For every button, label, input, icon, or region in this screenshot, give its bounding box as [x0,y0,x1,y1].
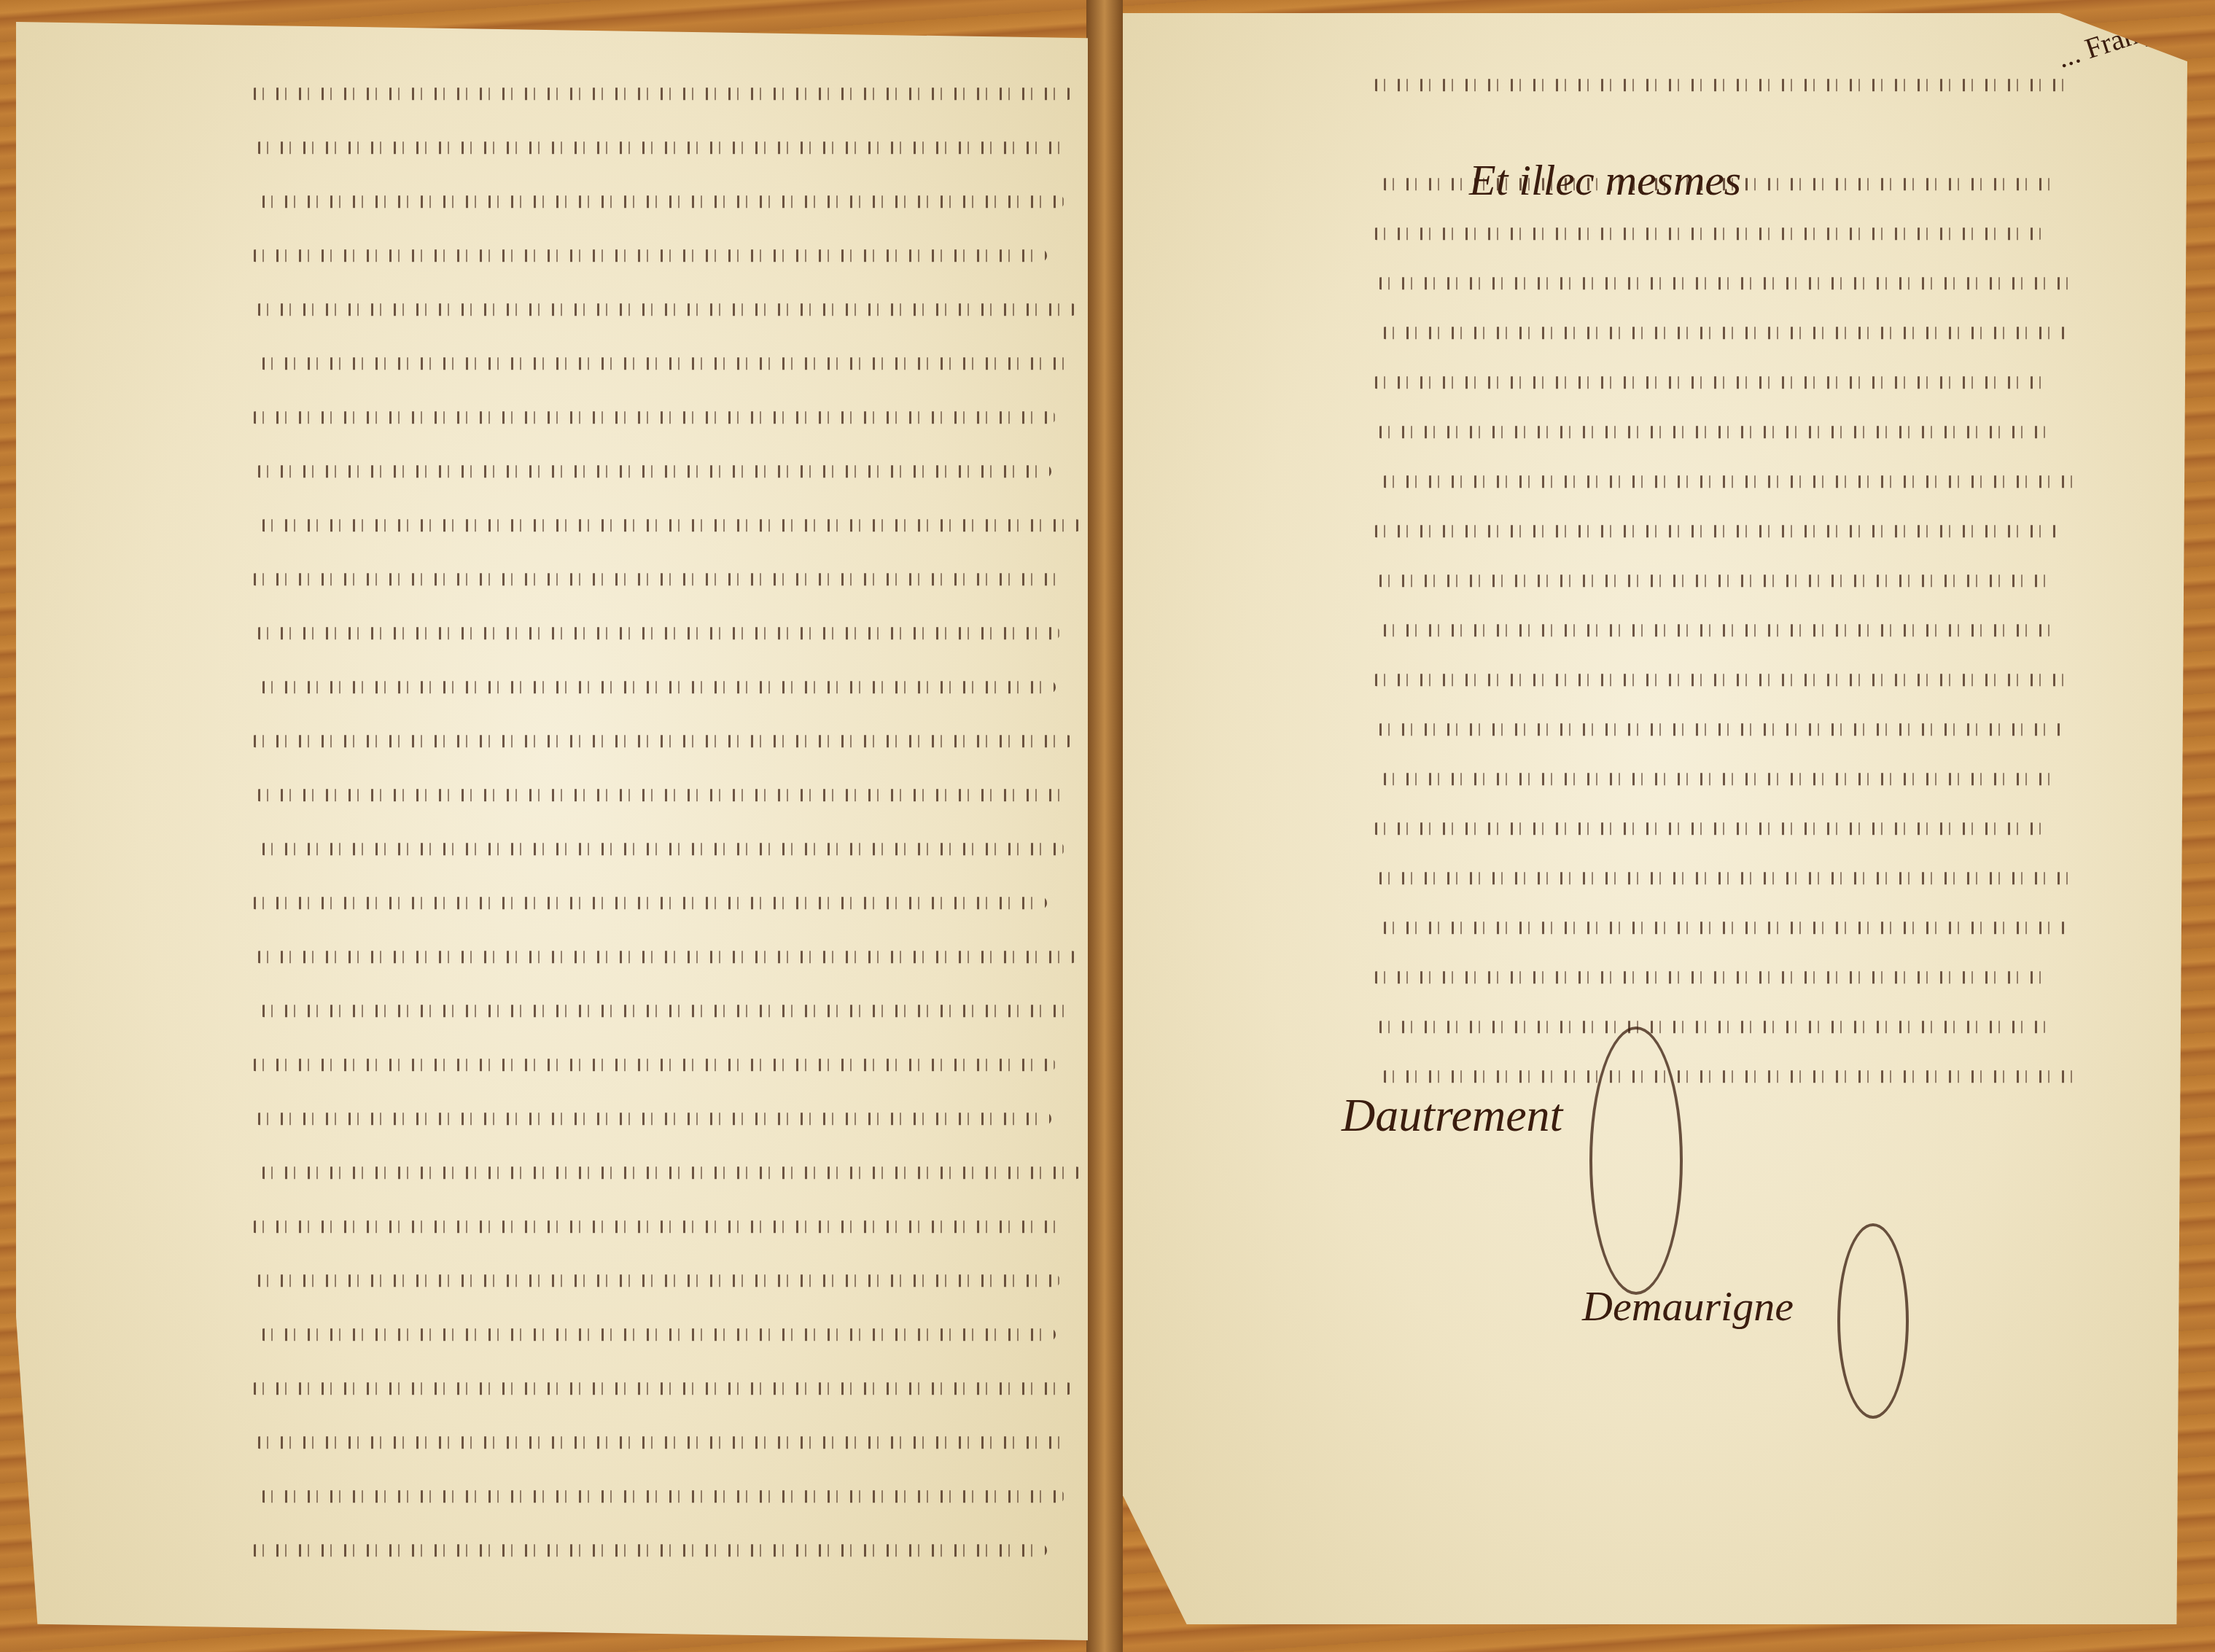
handwritten-line [1371,666,2071,691]
handwritten-line [1379,617,2053,642]
handwritten-line [1379,319,2071,344]
handwritten-line [1375,1013,2049,1038]
torn-corner-note: ... Franç... [2053,6,2176,74]
handwritten-line [1375,270,2075,295]
handwritten-line [249,566,1064,591]
signature-demaurigne: Demaurigne [1582,1282,1794,1330]
handwritten-line [254,943,1078,968]
handwritten-line [258,1159,1082,1184]
handwritten-line [258,835,1064,860]
handwritten-line [254,1429,1069,1454]
handwritten-line [249,1213,1064,1238]
handwritten-line [258,188,1064,213]
handwritten-line [1371,369,2053,394]
handwritten-line [1375,567,2058,592]
handwritten-line [249,404,1056,429]
handwritten-line [1375,716,2066,741]
handwritten-line [258,1483,1064,1508]
signature-dautrement: Dautrement [1342,1088,1562,1142]
handwritten-line [1371,518,2062,542]
handwritten-line [1371,71,2071,96]
handwritten-line [1375,418,2049,443]
handwritten-line [1371,220,2044,245]
legible-phrase: Et illec mesmes [1469,155,1741,206]
handwritten-line [254,782,1069,806]
handwritten-line [258,674,1056,698]
handwritten-line [1379,914,2071,939]
handwritten-line [1371,815,2044,840]
handwritten-line [254,1267,1060,1292]
handwritten-line [249,728,1073,752]
handwritten-line [258,997,1073,1022]
handwritten-line [249,1051,1056,1076]
handwritten-line [1371,964,2053,989]
handwritten-line [1375,865,2075,889]
handwritten-line [1379,765,2062,790]
signature-paraph-icon [1837,1223,1909,1419]
handwritten-line [254,458,1051,483]
handwritten-line [249,1537,1047,1562]
handwritten-line [1379,468,2079,493]
handwritten-line [249,889,1047,914]
handwritten-line [258,350,1073,375]
handwritten-line [254,1105,1051,1130]
handwritten-line [258,512,1082,537]
right-page: Et illec mesmes ... Franç... Dautrement … [1123,13,2187,1624]
handwritten-line [258,1321,1056,1346]
left-page [16,22,1088,1640]
handwritten-line [254,134,1069,159]
handwritten-line [254,620,1060,644]
handwritten-line [1379,1063,2079,1088]
handwritten-line [249,80,1073,105]
handwritten-line [249,242,1047,267]
page-gutter [1086,0,1123,1652]
signature-paraph-icon [1589,1026,1683,1295]
handwritten-line [249,1375,1073,1400]
handwritten-line [254,296,1078,321]
